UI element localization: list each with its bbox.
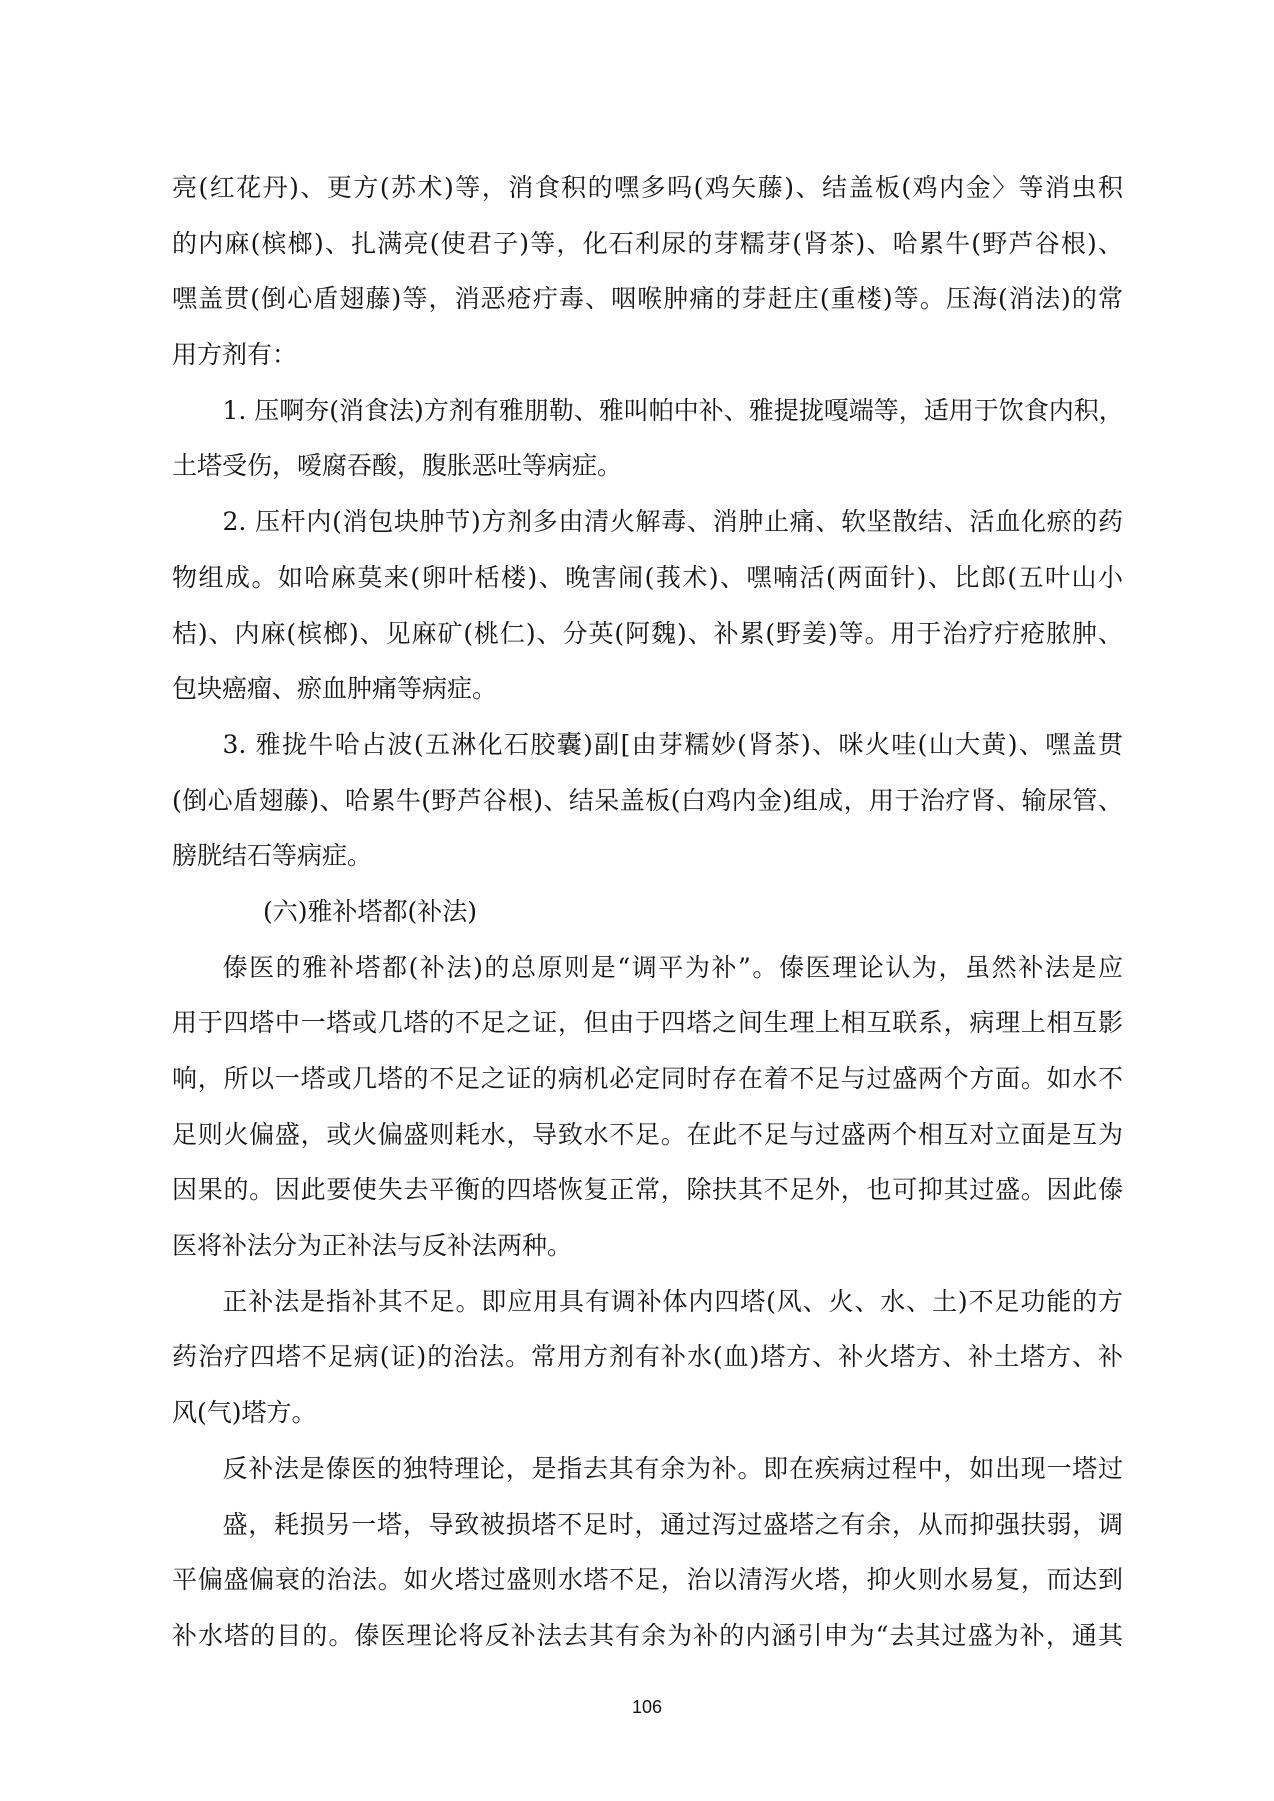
section-heading: (六)雅补塔都(补法): [172, 884, 1123, 940]
text-line: 亮(红花丹)、更方(苏术)等，消食积的嘿多吗(鸡矢藤)、结盖板(鸡内金〉等消虫积: [172, 160, 1123, 216]
text-line: (倒心盾翅藤)、哈累牛(野芦谷根)、结呆盖板(白鸡内金)组成，用于治疗肾、输尿管…: [172, 773, 1123, 829]
paragraph: 反补法是傣医的独特理论，是指去其有余为补。即在疾病过程中，如出现一塔过 盛，耗损…: [172, 1441, 1123, 1664]
heading-text: (六)雅补塔都(补法): [172, 884, 1123, 940]
list-item-2: 2. 压杆内(消包块肿节)方剂多由清火解毒、消肿止痛、软坚散结、活血化瘀的药 物…: [172, 494, 1123, 717]
text-line: 2. 压杆内(消包块肿节)方剂多由清火解毒、消肿止痛、软坚散结、活血化瘀的药: [172, 494, 1123, 550]
text-line: 足则火偏盛，或火偏盛则耗水，导致水不足。在此不足与过盛两个相互对立面是互为: [172, 1107, 1123, 1163]
paragraph: 傣医的雅补塔都(补法)的总原则是“调平为补”。傣医理论认为，虽然补法是应 用于四…: [172, 940, 1123, 1274]
text-line: 反补法是傣医的独特理论，是指去其有余为补。即在疾病过程中，如出现一塔过: [172, 1441, 1123, 1497]
text-line: 傣医的雅补塔都(补法)的总原则是“调平为补”。傣医理论认为，虽然补法是应: [172, 940, 1123, 996]
text-line: 响，所以一塔或几塔的不足之证的病机必定同时存在着不足与过盛两个方面。如水不: [172, 1051, 1123, 1107]
text-line: 嘿盖贯(倒心盾翅藤)等，消恶疮疔毒、咽喉肿痛的芽赶庄(重楼)等。压海(消法)的常: [172, 271, 1123, 327]
paragraph-continuation: 亮(红花丹)、更方(苏术)等，消食积的嘿多吗(鸡矢藤)、结盖板(鸡内金〉等消虫积…: [172, 160, 1123, 383]
text-line: 3. 雅拢牛哈占波(五淋化石胶囊)副[由芽糯妙(肾茶)、咪火哇(山大黄)、嘿盖贯: [172, 717, 1123, 773]
text-line: 用于四塔中一塔或几塔的不足之证，但由于四塔之间生理上相互联系，病理上相互影: [172, 995, 1123, 1051]
text-line: 平偏盛偏衰的治法。如火塔过盛则水塔不足，治以清泻火塔，抑火则水易复，而达到: [172, 1552, 1123, 1608]
text-line: 的内麻(槟榔)、扎满亮(使君子)等，化石利尿的芽糯芽(肾茶)、哈累牛(野芦谷根)…: [172, 216, 1123, 272]
text-line: 物组成。如哈麻莫来(卵叶栝楼)、晚害闹(莪术)、嘿喃活(两面针)、比郎(五叶山小: [172, 550, 1123, 606]
text-line: 正补法是指补其不足。即应用具有调补体内四塔(风、火、水、土)不足功能的方: [172, 1274, 1123, 1330]
text-line: 风(气)塔方。: [172, 1385, 1123, 1441]
page-body: 亮(红花丹)、更方(苏术)等，消食积的嘿多吗(鸡矢藤)、结盖板(鸡内金〉等消虫积…: [172, 160, 1123, 1664]
text-line: 包块癌瘤、瘀血肿痛等病症。: [172, 661, 1123, 717]
text-line: 土塔受伤，嗳腐吞酸，腹胀恶吐等病症。: [172, 438, 1123, 494]
page-number: 106: [597, 1692, 697, 1722]
text-line: 用方剂有：: [172, 327, 1123, 383]
text-line: 医将补法分为正补法与反补法两种。: [172, 1218, 1123, 1274]
list-item-3: 3. 雅拢牛哈占波(五淋化石胶囊)副[由芽糯妙(肾茶)、咪火哇(山大黄)、嘿盖贯…: [172, 717, 1123, 884]
text-line: 因果的。因此要使失去平衡的四塔恢复正常，除扶其不足外，也可抑其过盛。因此傣: [172, 1162, 1123, 1218]
text-line: 桔)、内麻(槟榔)、见麻矿(桃仁)、分英(阿魏)、补累(野姜)等。用于治疗疔疮脓…: [172, 606, 1123, 662]
text-line: 药治疗四塔不足病(证)的治法。常用方剂有补水(血)塔方、补火塔方、补土塔方、补: [172, 1329, 1123, 1385]
paragraph: 正补法是指补其不足。即应用具有调补体内四塔(风、火、水、土)不足功能的方 药治疗…: [172, 1274, 1123, 1441]
text-line: 膀胱结石等病症。: [172, 828, 1123, 884]
text-line: 盛，耗损另一塔，导致被损塔不足时，通过泻过盛塔之有余，从而抑强扶弱，调: [172, 1497, 1123, 1553]
text-line: 补水塔的目的。傣医理论将反补法去其有余为补的内涵引申为“去其过盛为补，通其: [172, 1608, 1123, 1664]
text-line: 1. 压啊夯(消食法)方剂有雅朋勒、雅叫帕中补、雅提拢嘎端等，适用于饮食内积，: [172, 383, 1123, 439]
list-item-1: 1. 压啊夯(消食法)方剂有雅朋勒、雅叫帕中补、雅提拢嘎端等，适用于饮食内积， …: [172, 383, 1123, 494]
